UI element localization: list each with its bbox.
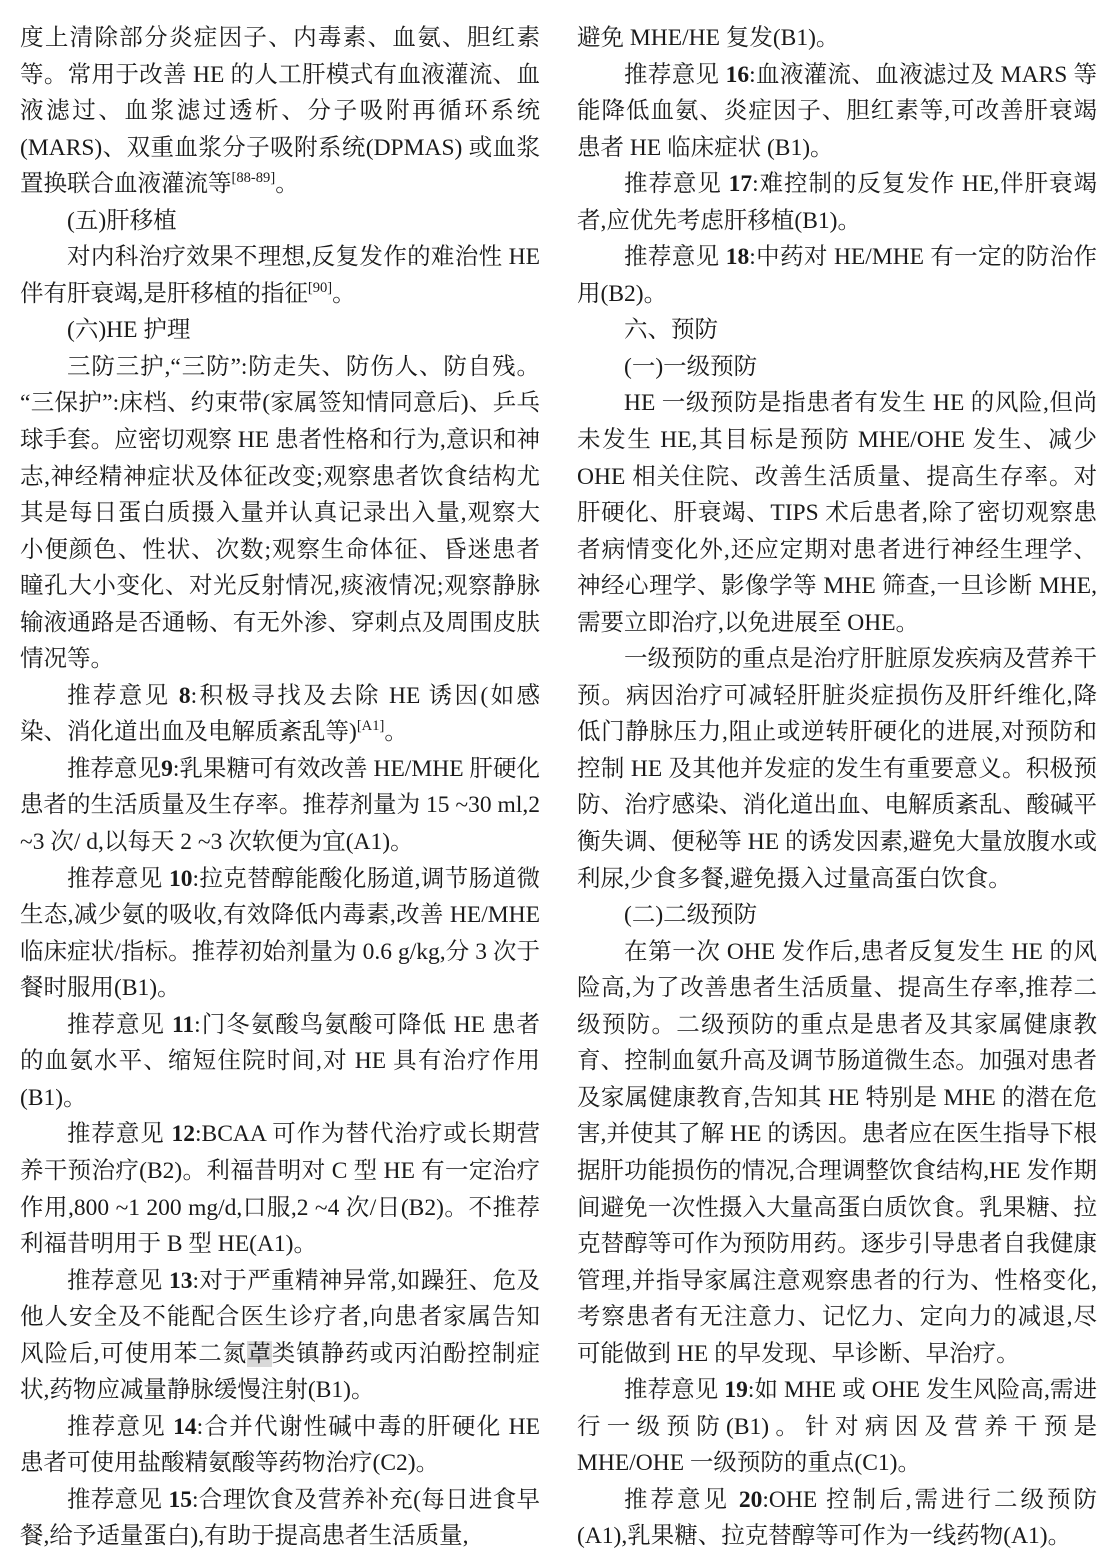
rare-character-glyph: 䓬 xyxy=(247,1341,271,1367)
text-run: 推荐意见 xyxy=(624,62,726,88)
recommendation-number: 15 xyxy=(168,1487,192,1513)
section-heading-secondary-prevention: (二)二级预防 xyxy=(577,897,1097,934)
text-run: 。 xyxy=(275,171,299,197)
section-heading-prevention: 六、预防 xyxy=(577,312,1097,349)
text-run: HE 一级预防是指患者有发生 HE 的风险,但尚未发生 HE,其目标是预防 MH… xyxy=(577,390,1097,635)
body-paragraph-primary-prevention-2: 一级预防的重点是治疗肝脏原发疾病及营养干预。病因治疗可减轻肝脏炎症损伤及肝纤维化… xyxy=(577,641,1097,897)
text-run: 避免 MHE/HE 复发(B1)。 xyxy=(577,25,839,51)
text-run: 推荐意见 xyxy=(67,1268,169,1294)
section-heading-liver-transplant: (五)肝移植 xyxy=(20,203,540,240)
text-run: 推荐意见 xyxy=(67,1487,168,1513)
recommendation-10: 推荐意见 10:拉克替醇能酸化肠道,调节肠道微生态,减少氨的吸收,有效降低内毒素… xyxy=(20,861,540,1007)
citation-superscript: [90] xyxy=(308,280,332,296)
body-paragraph-secondary-prevention: 在第一次 OHE 发作后,患者反复发生 HE 的风险高,为了改善患者生活质量、提… xyxy=(577,934,1097,1373)
text-run: 在第一次 OHE 发作后,患者反复发生 HE 的风险高,为了改善患者生活质量、提… xyxy=(577,939,1097,1367)
text-run: 推荐意见 xyxy=(67,1121,171,1147)
text-run: 推荐意见 xyxy=(67,683,179,709)
text-run: 推荐意见 xyxy=(624,1487,739,1513)
recommendation-15: 推荐意见 15:合理饮食及营养补充(每日进食早餐,给予适量蛋白),有助于提高患者… xyxy=(20,1482,540,1555)
text-run: 推荐意见 xyxy=(67,866,169,892)
recommendation-16: 推荐意见 16:血液灌流、血液滤过及 MARS 等能降低血氨、炎症因子、胆红素等… xyxy=(577,57,1097,167)
text-run: 。 xyxy=(384,719,408,745)
recommendation-number: 18 xyxy=(726,244,750,270)
recommendation-number: 12 xyxy=(171,1121,195,1147)
recommendation-9: 推荐意见9:乳果糖可有效改善 HE/MHE 肝硬化患者的生活质量及生存率。推荐剂… xyxy=(20,751,540,861)
recommendation-11: 推荐意见 11:门冬氨酸鸟氨酸可降低 HE 患者的血氨水平、缩短住院时间,对 H… xyxy=(20,1007,540,1117)
recommendation-number: 16 xyxy=(726,62,750,88)
body-paragraph-artificial-liver: 度上清除部分炎症因子、内毒素、血氨、胆红素等。常用于改善 HE 的人工肝模式有血… xyxy=(20,20,540,203)
text-run: 推荐意见 xyxy=(67,1414,173,1440)
citation-superscript: [A1] xyxy=(357,719,385,735)
text-column-left: 度上清除部分炎症因子、内毒素、血氨、胆红素等。常用于改善 HE 的人工肝模式有血… xyxy=(20,20,540,1562)
recommendation-number: 20 xyxy=(739,1487,763,1513)
recommendation-17: 推荐意见 17:难控制的反复发作 HE,伴肝衰竭者,应优先考虑肝移植(B1)。 xyxy=(577,166,1097,239)
text-column-right: 避免 MHE/HE 复发(B1)。推荐意见 16:血液灌流、血液滤过及 MARS… xyxy=(577,20,1097,1562)
text-run: 推荐意见 xyxy=(624,244,726,270)
text-run: 。 xyxy=(332,281,356,307)
text-run: (一)一级预防 xyxy=(624,354,757,380)
section-heading-primary-prevention: (一)一级预防 xyxy=(577,349,1097,386)
recommendation-number: 13 xyxy=(169,1268,193,1294)
recommendation-12: 推荐意见 12:BCAA 可作为替代治疗或长期营养干预治疗(B2)。利福昔明对 … xyxy=(20,1116,540,1262)
recommendation-number: 11 xyxy=(172,1012,194,1038)
recommendation-18: 推荐意见 18:中药对 HE/MHE 有一定的防治作用(B2)。 xyxy=(577,239,1097,312)
text-run: 推荐意见 xyxy=(624,171,729,197)
recommendation-8: 推荐意见 8:积极寻找及去除 HE 诱因(如感染、消化道出血及电解质紊乱等)[A… xyxy=(20,678,540,751)
citation-superscript: [88-89] xyxy=(232,170,276,186)
recommendation-number: 8 xyxy=(179,683,191,709)
text-run: (二)二级预防 xyxy=(624,902,757,928)
text-run: 对内科治疗效果不理想,反复发作的难治性 HE 伴有肝衰竭,是肝移植的指征 xyxy=(20,244,540,307)
text-run: 六、预防 xyxy=(624,317,718,343)
recommendation-number: 9 xyxy=(161,756,173,782)
recommendation-13: 推荐意见 13:对于严重精神异常,如躁狂、危及他人安全及不能配合医生诊疗者,向患… xyxy=(20,1263,540,1409)
recommendation-number: 14 xyxy=(173,1414,197,1440)
body-paragraph-primary-prevention-1: HE 一级预防是指患者有发生 HE 的风险,但尚未发生 HE,其目标是预防 MH… xyxy=(577,385,1097,641)
text-run: (六)HE 护理 xyxy=(67,317,190,343)
section-heading-he-nursing: (六)HE 护理 xyxy=(20,312,540,349)
recommendation-number: 10 xyxy=(169,866,193,892)
body-paragraph-recommendation-15-continued: 避免 MHE/HE 复发(B1)。 xyxy=(577,20,1097,57)
text-run: 三防三护,“三防”:防走失、防伤人、防自残。“三保护”:床档、约束带(家属签知情… xyxy=(20,354,540,672)
body-paragraph-nursing: 三防三护,“三防”:防走失、防伤人、防自残。“三保护”:床档、约束带(家属签知情… xyxy=(20,349,540,678)
text-run: 推荐意见 xyxy=(67,756,161,782)
text-run: 推荐意见 xyxy=(624,1377,724,1403)
recommendation-19: 推荐意见 19:如 MHE 或 OHE 发生风险高,需进行一级预防(B1)。针对… xyxy=(577,1372,1097,1482)
recommendation-number: 17 xyxy=(729,171,753,197)
recommendation-20: 推荐意见 20:OHE 控制后,需进行二级预防(A1),乳果糖、拉克替醇等可作为… xyxy=(577,1482,1097,1555)
text-run: (五)肝移植 xyxy=(67,208,177,234)
body-paragraph-liver-transplant: 对内科治疗效果不理想,反复发作的难治性 HE 伴有肝衰竭,是肝移植的指征[90]… xyxy=(20,239,540,312)
recommendation-number: 19 xyxy=(724,1377,748,1403)
document-page: 度上清除部分炎症因子、内毒素、血氨、胆红素等。常用于改善 HE 的人工肝模式有血… xyxy=(0,0,1114,1562)
text-run: 推荐意见 xyxy=(67,1012,172,1038)
text-run: 一级预防的重点是治疗肝脏原发疾病及营养干预。病因治疗可减轻肝脏炎症损伤及肝纤维化… xyxy=(577,646,1097,891)
recommendation-14: 推荐意见 14:合并代谢性碱中毒的肝硬化 HE 患者可使用盐酸精氨酸等药物治疗(… xyxy=(20,1409,540,1482)
